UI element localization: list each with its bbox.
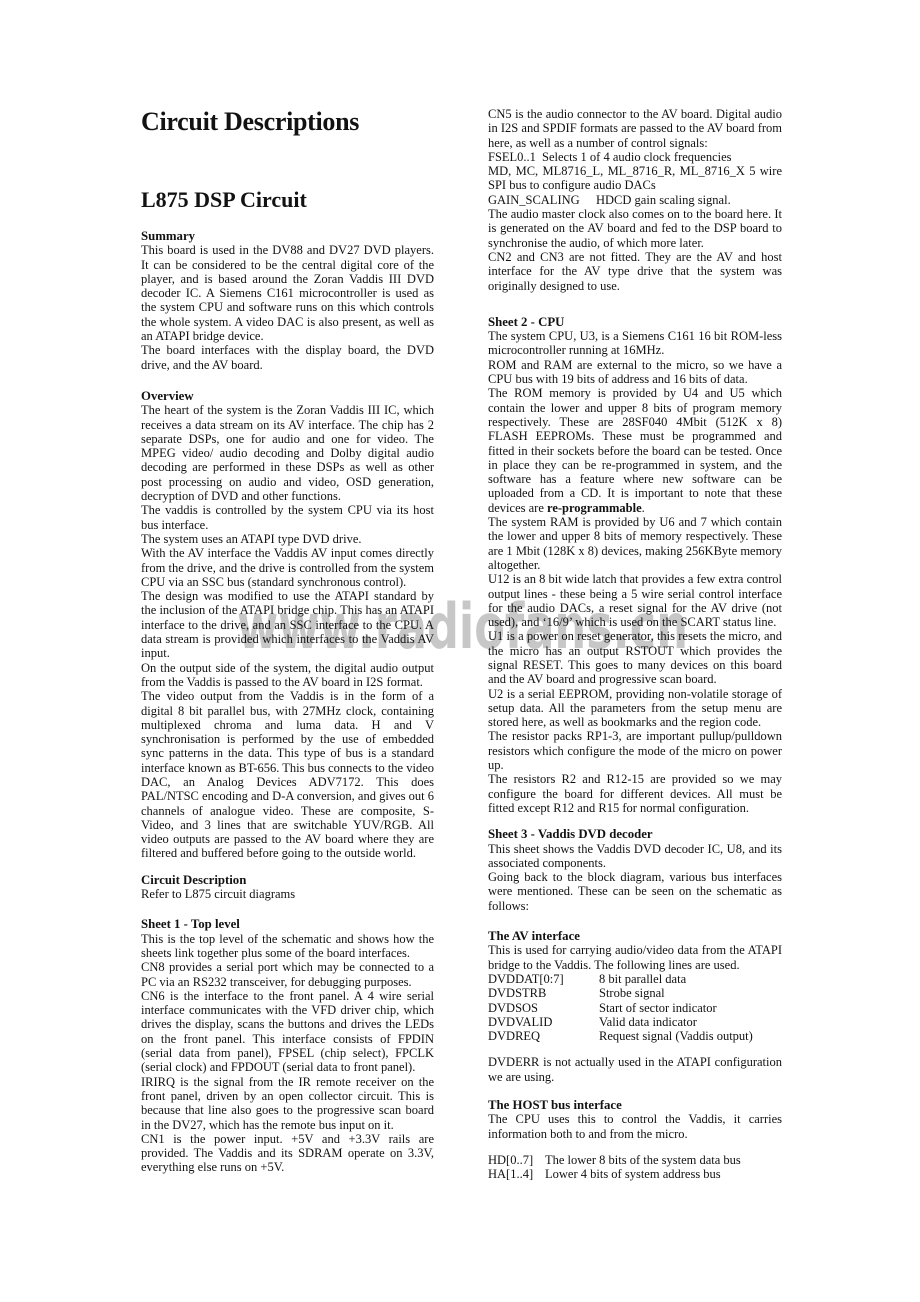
sheet3-heading: Sheet 3 - Vaddis DVD decoder [488,827,782,841]
paragraph: This is the top level of the schematic a… [141,932,434,961]
paragraph: With the AV interface the Vaddis AV inpu… [141,546,434,589]
paragraph-text: The ROM memory is provided by U4 and U5 … [488,386,782,514]
paragraph: The video output from the Vaddis is in t… [141,689,434,861]
paragraph: U1 is a power on reset generator, this r… [488,629,782,686]
paragraph: The CPU uses this to control the Vaddis,… [488,1112,782,1141]
signal-desc: The lower 8 bits of the system data bus [545,1153,782,1167]
signal-term: DVDREQ [488,1029,599,1043]
paragraph: CN2 and CN3 are not fitted. They are the… [488,250,782,293]
paragraph: The system CPU, U3, is a Siemens C161 16… [488,329,782,358]
signal-term: DVDSOS [488,1001,599,1015]
paragraph: CN8 provides a serial port which may be … [141,960,434,989]
bold-emphasis: re-programmable [547,501,642,515]
signal-line: DVDREQ Request signal (Vaddis output) [488,1029,782,1043]
circuit-description-heading: Circuit Description [141,873,434,887]
paragraph: The board interfaces with the display bo… [141,343,434,372]
page-title: Circuit Descriptions [141,107,434,137]
paragraph-text: . [642,501,645,515]
right-column: CN5 is the audio connector to the AV boa… [488,107,782,1181]
signal-term: HD[0..7] [488,1153,545,1167]
paragraph: The resistor packs RP1-3, are important … [488,729,782,772]
paragraph: The audio master clock also comes on to … [488,207,782,250]
paragraph: The vaddis is controlled by the system C… [141,503,434,532]
signal-desc: 8 bit parallel data [599,972,782,986]
paragraph: The ROM memory is provided by U4 and U5 … [488,386,782,515]
paragraph: This is used for carrying audio/video da… [488,943,782,972]
signal-desc: Strobe signal [599,986,782,1000]
signal-desc: HDCD gain scaling signal. [596,193,782,207]
av-interface-heading: The AV interface [488,929,782,943]
signal-line: GAIN_SCALING HDCD gain scaling signal. [488,193,782,207]
signal-desc: Start of sector indicator [599,1001,782,1015]
sheet1-heading: Sheet 1 - Top level [141,917,434,931]
signal-line: HA[1..4] Lower 4 bits of system address … [488,1167,782,1181]
paragraph: Going back to the block diagram, various… [488,870,782,913]
signal-line: DVDDAT[0:7] 8 bit parallel data [488,972,782,986]
paragraph: ROM and RAM are external to the micro, s… [488,358,782,387]
paragraph: CN6 is the interface to the front panel.… [141,989,434,1075]
paragraph: This board is used in the DV88 and DV27 … [141,243,434,343]
signal-line: HD[0..7] The lower 8 bits of the system … [488,1153,782,1167]
paragraph: On the output side of the system, the di… [141,661,434,690]
signal-line: FSEL0..1 Selects 1 of 4 audio clock freq… [488,150,782,164]
paragraph: U12 is an 8 bit wide latch that provides… [488,572,782,629]
paragraph: U2 is a serial EEPROM, providing non-vol… [488,687,782,730]
paragraph: CN1 is the power input. +5V and +3.3V ra… [141,1132,434,1175]
signal-term: DVDDAT[0:7] [488,972,599,986]
summary-heading: Summary [141,229,434,243]
left-column: Circuit Descriptions L875 DSP Circuit Su… [141,107,434,1175]
paragraph: The resistors R2 and R12-15 are provided… [488,772,782,815]
paragraph: MD, MC, ML8716_L, ML_8716_R, ML_8716_X 5… [488,164,782,193]
paragraph: The design was modified to use the ATAPI… [141,589,434,660]
paragraph: The system RAM is provided by U6 and 7 w… [488,515,782,572]
paragraph: Refer to L875 circuit diagrams [141,887,434,901]
signal-term: DVDVALID [488,1015,599,1029]
signal-line: DVDSOS Start of sector indicator [488,1001,782,1015]
signal-term: HA[1..4] [488,1167,545,1181]
paragraph: The heart of the system is the Zoran Vad… [141,403,434,503]
section-title: L875 DSP Circuit [141,187,434,212]
signal-line: DVDVALID Valid data indicator [488,1015,782,1029]
paragraph: IRIRQ is the signal from the IR remote r… [141,1075,434,1132]
signal-term: DVDSTRB [488,986,599,1000]
signal-desc: Lower 4 bits of system address bus [545,1167,782,1181]
sheet2-heading: Sheet 2 - CPU [488,315,782,329]
document-page: www.radiofans.cn Circuit Descriptions L8… [0,0,920,1302]
host-interface-heading: The HOST bus interface [488,1098,782,1112]
signal-desc: Selects 1 of 4 audio clock frequencies [542,150,782,164]
signal-term: FSEL0..1 [488,150,542,164]
paragraph: DVDERR is not actually used in the ATAPI… [488,1055,782,1084]
signal-desc: Valid data indicator [599,1015,782,1029]
paragraph: This sheet shows the Vaddis DVD decoder … [488,842,782,871]
signal-line: DVDSTRB Strobe signal [488,986,782,1000]
paragraph: The system uses an ATAPI type DVD drive. [141,532,434,546]
signal-term: GAIN_SCALING [488,193,596,207]
paragraph: CN5 is the audio connector to the AV boa… [488,107,782,150]
signal-desc: Request signal (Vaddis output) [599,1029,782,1043]
overview-heading: Overview [141,389,434,403]
